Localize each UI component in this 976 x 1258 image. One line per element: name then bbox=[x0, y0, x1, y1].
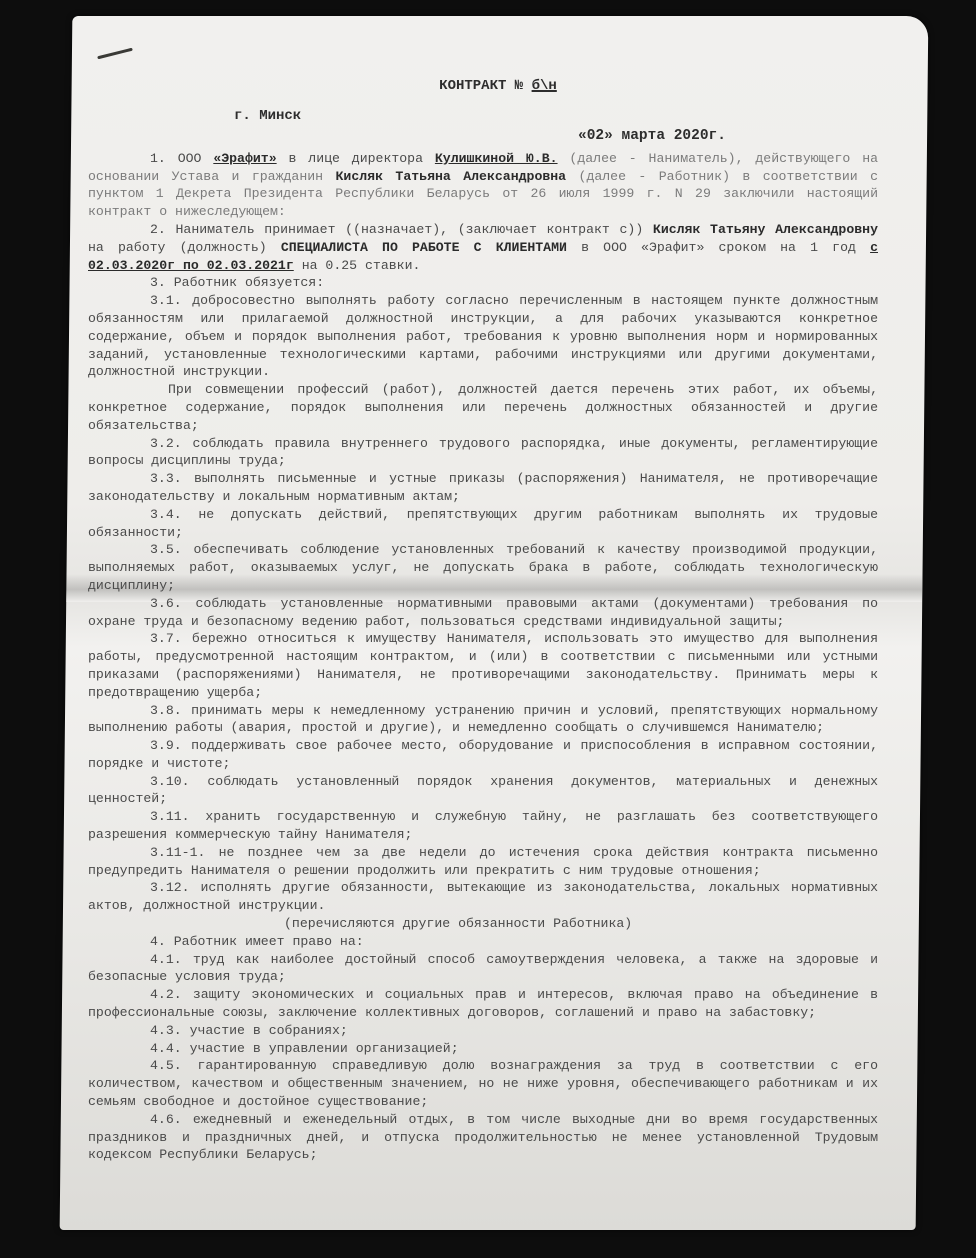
position-title: СПЕЦИАЛИСТА ПО РАБОТЕ С КЛИЕНТАМИ bbox=[281, 240, 567, 255]
clause-3-item: При совмещении профессий (работ), должно… bbox=[88, 381, 878, 434]
contract-date: «02» марта 2020г. bbox=[578, 128, 726, 146]
clause-3-item: 3.4. не допускать действий, препятствующ… bbox=[88, 506, 878, 542]
clause-4-list: 4.1. труд как наиболее достойный способ … bbox=[88, 951, 878, 1165]
clause-4-item: 4.3. участие в собраниях; bbox=[88, 1022, 878, 1040]
clause-1-prefix: 1. ООО bbox=[150, 151, 201, 166]
director-name: Кулишкиной Ю.В. bbox=[435, 151, 558, 166]
clause-4-item: 4.1. труд как наиболее достойный способ … bbox=[88, 951, 878, 987]
clause-2-text-c: в ООО «Эрафит» сроком на 1 год bbox=[581, 240, 856, 255]
contract-number: б\н bbox=[532, 78, 557, 94]
company-name: «Эрафит» bbox=[213, 151, 276, 166]
clause-2-text-a: 2. Наниматель принимает ((назначает), (з… bbox=[150, 222, 643, 237]
clause-4-item: 4.5. гарантированную справедливую долю в… bbox=[88, 1057, 878, 1110]
city: г. Минск bbox=[234, 108, 301, 126]
clause-4-item: 4.2. защиту экономических и социальных п… bbox=[88, 986, 878, 1022]
clause-3-item: 3.11-1. не позднее чем за две недели до … bbox=[88, 844, 878, 880]
city-date-row: г. Минск «02» марта 2020г. bbox=[88, 108, 878, 144]
title-prefix: КОНТРАКТ № bbox=[439, 78, 523, 94]
clause-3-item: 3.12. исполнять другие обязанности, выте… bbox=[88, 879, 878, 915]
clause-3-item: 3.5. обеспечивать соблюдение установленн… bbox=[88, 541, 878, 594]
employee-name-accusative: Кисляк Татьяну Александровну bbox=[653, 222, 878, 237]
clause-3-heading: 3. Работник обязуется: bbox=[88, 274, 878, 292]
clause-3-item: 3.9. поддерживать свое рабочее место, об… bbox=[88, 737, 878, 773]
clause-3-item: 3.10. соблюдать установленный порядок хр… bbox=[88, 773, 878, 809]
clause-3-item: 3.2. соблюдать правила внутреннего трудо… bbox=[88, 435, 878, 471]
clause-3-item: 3.7. бережно относиться к имуществу Нани… bbox=[88, 630, 878, 701]
clause-3-item: 3.1. добросовестно выполнять работу согл… bbox=[88, 292, 878, 381]
clause-3-item: 3.8. принимать меры к немедленному устра… bbox=[88, 702, 878, 738]
clause-2: 2. Наниматель принимает ((назначает), (з… bbox=[88, 221, 878, 274]
clause-3-item: 3.11. хранить государственную и служебну… bbox=[88, 808, 878, 844]
clause-4-heading: 4. Работник имеет право на: bbox=[88, 933, 878, 951]
clause-3-item: 3.6. соблюдать установленные нормативным… bbox=[88, 595, 878, 631]
clause-1: 1. ООО «Эрафит» в лице директора Кулишки… bbox=[88, 150, 878, 221]
clause-1-text-a: в лице директора bbox=[289, 151, 424, 166]
clause-2-text-b: на работу (должность) bbox=[88, 240, 267, 255]
clause-3-list: 3.1. добросовестно выполнять работу согл… bbox=[88, 292, 878, 915]
contract-title: КОНТРАКТ № б\н bbox=[118, 78, 878, 96]
contract-document: КОНТРАКТ № б\н г. Минск «02» марта 2020г… bbox=[88, 78, 878, 1164]
clause-4-item: 4.6. ежедневный и еженедельный отдых, в … bbox=[88, 1111, 878, 1164]
clause-2-text-d: на 0.25 ставки. bbox=[302, 258, 421, 273]
clause-3-item: 3.3. выполнять письменные и устные прика… bbox=[88, 470, 878, 506]
clause-3-note: (перечисляются другие обязанности Работн… bbox=[88, 915, 878, 933]
clause-4-item: 4.4. участие в управлении организацией; bbox=[88, 1040, 878, 1058]
employee-name: Кисляк Татьяна Александровна bbox=[336, 169, 567, 184]
